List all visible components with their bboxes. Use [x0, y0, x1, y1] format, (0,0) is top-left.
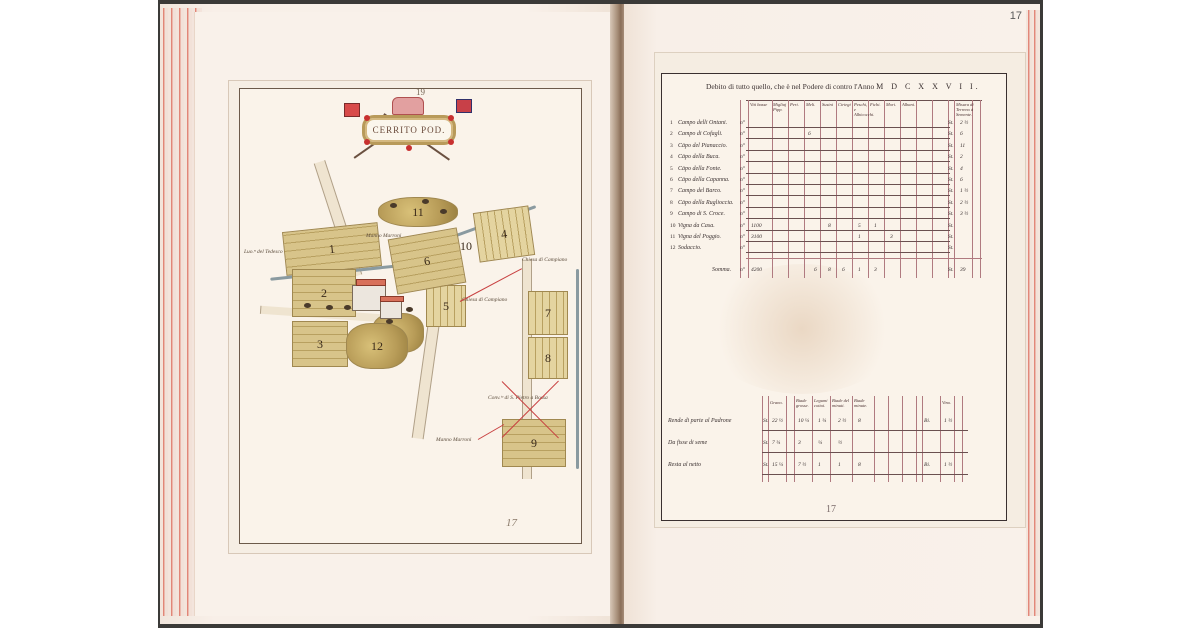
summary-row-rule	[762, 452, 968, 453]
ledger-year: M D C X X V I I.	[876, 82, 981, 91]
summary-unit: St.	[763, 462, 769, 468]
label-chiesa-1: Chiesa di Campiano	[462, 297, 507, 303]
ledger-plate: Debito di tutto quello, che è nel Podere…	[654, 52, 1026, 528]
field-number: 2	[321, 286, 327, 301]
tree-icon	[406, 307, 413, 312]
crown-icon	[392, 97, 424, 115]
grid-line	[980, 100, 981, 278]
column-header: Albani.	[902, 102, 916, 107]
label-chiesa-2: Chiesa di Campiano	[522, 257, 567, 263]
row-field-name: Cāpo della Ruglioccia.	[678, 200, 734, 206]
boundary-line	[478, 424, 504, 440]
row-rule	[746, 138, 950, 139]
cell-misura: 4	[960, 166, 963, 172]
cell-peschi: 5	[858, 223, 861, 229]
summary-column-header: Biade grosse.	[796, 398, 812, 408]
unit-mark: n°	[740, 120, 745, 126]
jewel-ornament	[364, 115, 370, 121]
column-header: Peri.	[790, 102, 804, 107]
row-rule	[746, 184, 950, 185]
map-title: CERRITO POD.	[365, 125, 453, 135]
grid-line	[746, 258, 982, 259]
row-field-name: Campo di S. Croce.	[678, 211, 725, 217]
grid-line	[852, 396, 853, 482]
summary-legumi: 1 ¼	[818, 418, 826, 424]
row-number: 4	[670, 154, 673, 160]
tree-icon	[326, 305, 333, 310]
column-header: Viti basse	[750, 102, 772, 107]
row-rule	[746, 161, 950, 162]
cell-peschi: 1	[858, 234, 861, 240]
summary-row-label: Da fisse di seme	[668, 440, 707, 446]
row-rule	[746, 150, 950, 151]
unit-mark: n°	[740, 177, 745, 183]
unit-mark: n°	[740, 131, 745, 137]
summary-vino: 1 ½	[944, 462, 952, 468]
grid-line	[874, 396, 875, 482]
summary-legumi: 1	[818, 462, 821, 468]
unit-mark-right: St.	[948, 131, 954, 137]
grid-line	[830, 396, 831, 482]
summary-biade-grosse: 10 ¼	[798, 418, 809, 424]
column-header: Susini	[822, 102, 836, 107]
cell-misura: 3 ½	[960, 211, 968, 217]
ledger-frame: Debito di tutto quello, che è nel Podere…	[661, 73, 1007, 521]
field-10-label: 10	[460, 239, 472, 254]
grid-line	[746, 100, 982, 101]
row-number: 7	[670, 188, 673, 194]
field-number: 9	[531, 436, 537, 451]
unit-mark-right: St.	[948, 234, 954, 240]
outbuilding	[380, 301, 402, 319]
unit-mark-right: St.	[948, 120, 954, 126]
column-header: Misura di Terreno à Semente.	[956, 102, 980, 117]
field-5: 5	[426, 285, 466, 327]
title-cartouche: CERRITO POD.	[344, 95, 472, 163]
grid-line	[768, 396, 769, 482]
grid-line	[972, 100, 973, 278]
unit-mark: n°	[740, 267, 745, 273]
unit-mark-right: St.	[948, 200, 954, 206]
grid-line	[794, 396, 795, 482]
summary-column-header: Legumi cottoi.	[814, 398, 830, 408]
row-number: 1	[670, 120, 673, 126]
unit-mark: n°	[740, 234, 745, 240]
summary-grano: 22 ½	[772, 418, 783, 424]
row-field-name: Campo delli Ontani.	[678, 120, 727, 126]
summary-unit: St.	[763, 418, 769, 424]
total-viti: 4200	[751, 267, 762, 273]
ledger-title: Debito di tutto quello, che è nel Podere…	[706, 82, 981, 91]
field-number: 12	[371, 339, 383, 354]
cartouche-frame: CERRITO POD.	[362, 115, 456, 145]
row-number: 10	[670, 223, 676, 229]
summary-biade-minute: 8	[858, 462, 861, 468]
outbuilding-roof	[380, 296, 404, 302]
unit-mark-right: St.	[948, 188, 954, 194]
tree-icon	[386, 319, 393, 324]
field-number: 6	[423, 253, 432, 269]
unit-mark: n°	[740, 188, 745, 194]
cell-misura: 2	[960, 154, 963, 160]
total-ciriegi: 6	[842, 267, 845, 273]
field-number: 11	[412, 205, 424, 220]
label-manno-top: Manno Marroni	[366, 233, 401, 239]
estate-map: 19 CERRITO POD.	[239, 88, 582, 544]
paper-stain	[702, 264, 902, 394]
unit-mark-right: St.	[948, 245, 954, 251]
unit-mark: n°	[740, 154, 745, 160]
jewel-ornament	[448, 139, 454, 145]
label-manno-bottom: Manno Marroni	[436, 437, 471, 443]
grid-line	[812, 396, 813, 482]
summary-unit: St.	[763, 440, 769, 446]
ledger-title-text: Debito di tutto quello, che è nel Podere…	[706, 82, 874, 91]
unit-mark-right: St.	[948, 211, 954, 217]
total-peschi: 1	[858, 267, 861, 273]
row-field-name: Campo del Barco.	[678, 188, 722, 194]
unit-mark-right: St.	[948, 267, 954, 273]
total-label: Somma.	[712, 267, 731, 273]
cell-mori: 3	[890, 234, 893, 240]
row-number: 9	[670, 211, 673, 217]
grid-line	[922, 396, 923, 482]
summary-row-label: Resta al netto	[668, 462, 701, 468]
row-rule	[746, 127, 950, 128]
unit-mark-right: St.	[948, 177, 954, 183]
row-rule	[746, 241, 950, 242]
cell-misura: 2 ½	[960, 120, 968, 126]
unit-mark-right: St.	[948, 154, 954, 160]
unit-mark: n°	[740, 245, 745, 251]
column-header: Migliaj Pipp.	[773, 102, 788, 112]
summary-biade-minuti: ½	[838, 440, 842, 446]
cell-misura: 2 ½	[960, 200, 968, 206]
unit-mark-right: St.	[948, 223, 954, 229]
row-field-name: Vigna da Casa.	[678, 223, 715, 229]
summary-biade-grosse: 7 ½	[798, 462, 806, 468]
page-number-corner: 17	[1010, 10, 1022, 22]
open-book: 19 CERRITO POD.	[158, 0, 1043, 628]
column-header: Meli.	[806, 102, 820, 107]
cell-misura: 11	[960, 143, 965, 149]
summary-column-header: Biade del minuti.	[832, 398, 852, 408]
unit-mark-right: St.	[948, 143, 954, 149]
farmhouse-roof	[356, 279, 386, 286]
summary-grano: 7 ¼	[772, 440, 780, 446]
summary-row-label: Rende di parte al Padrone	[668, 418, 731, 424]
summary-biade-minuti: 1	[838, 462, 841, 468]
grid-line	[954, 100, 955, 278]
summary-vino-unit: Bi.	[924, 418, 930, 424]
total-misura: 39	[960, 267, 966, 273]
field-3: 3	[292, 321, 348, 367]
left-page: 19 CERRITO POD.	[160, 4, 618, 624]
cell-fichi: 1	[874, 223, 877, 229]
field-number: 8	[545, 351, 551, 366]
summary-column-header: Biade minute.	[854, 398, 874, 408]
grid-line	[916, 396, 917, 482]
row-number: 3	[670, 143, 673, 149]
summary-legumi: ¼	[818, 440, 822, 446]
field-8: 8	[528, 337, 568, 379]
tree-icon	[422, 199, 429, 204]
row-rule	[746, 173, 950, 174]
summary-row-rule	[762, 474, 968, 475]
unit-mark: n°	[740, 211, 745, 217]
cell-susini: 8	[828, 223, 831, 229]
row-rule	[746, 218, 950, 219]
row-field-name: Campo di Cofagli.	[678, 131, 723, 137]
unit-mark: n°	[740, 223, 745, 229]
page-edges-right	[1026, 10, 1040, 616]
tree-icon	[304, 303, 311, 308]
right-page: 17 Debito di tutto quello, che è nel Pod…	[624, 4, 1040, 624]
field-number: 5	[443, 299, 449, 314]
unit-mark: n°	[740, 200, 745, 206]
cell-misura: 6	[960, 131, 963, 137]
row-rule	[746, 195, 950, 196]
row-field-name: Cāpo della Buca.	[678, 154, 720, 160]
summary-grano: 15 ¼	[772, 462, 783, 468]
row-number: 8	[670, 200, 673, 206]
row-number: 6	[670, 177, 673, 183]
total-susini: 8	[828, 267, 831, 273]
total-fichi: 3	[874, 267, 877, 273]
row-rule	[746, 230, 950, 231]
grid-line	[888, 396, 889, 482]
tree-icon	[390, 203, 397, 208]
folio-number-bottom: 17	[506, 517, 517, 529]
row-field-name: Vigna del Poggio.	[678, 234, 721, 240]
grid-line	[902, 396, 903, 482]
stream	[576, 269, 579, 469]
summary-vino-unit: Bi.	[924, 462, 930, 468]
total-meli: 6	[814, 267, 817, 273]
grid-line	[762, 396, 763, 482]
row-rule	[746, 207, 950, 208]
summary-biade-minute: 8	[858, 418, 861, 424]
field-number: 7	[545, 306, 551, 321]
row-field-name: Sodaccio.	[678, 245, 702, 251]
field-number: 4	[500, 226, 508, 242]
row-number: 11	[670, 234, 675, 240]
tree-icon	[440, 209, 447, 214]
banner-flag-icon	[456, 99, 472, 113]
unit-mark-right: St.	[948, 166, 954, 172]
summary-column-header: Vino.	[942, 400, 958, 405]
map-plate: 19 CERRITO POD.	[228, 80, 592, 554]
grid-line	[954, 396, 955, 482]
row-rule	[746, 252, 950, 253]
banner-flag-icon	[344, 103, 360, 117]
summary-column-header: Grano.	[770, 400, 786, 405]
row-field-name: Cāpo della Fonte.	[678, 166, 722, 172]
row-field-name: Cāpo della Capanna.	[678, 177, 730, 183]
unit-mark: n°	[740, 166, 745, 172]
cell-misura: 6	[960, 177, 963, 183]
jewel-ornament	[406, 145, 412, 151]
column-header: Fichi.	[870, 102, 884, 107]
field-4: 4	[473, 205, 535, 262]
cell-viti: 3100	[751, 234, 762, 240]
jewel-ornament	[364, 139, 370, 145]
column-header: Peschi, e Albicocchi.	[854, 102, 868, 117]
cell-viti: 1100	[751, 223, 762, 229]
jewel-ornament	[448, 115, 454, 121]
unit-mark: n°	[740, 143, 745, 149]
field-12-wood: 12	[346, 323, 408, 369]
cell-meli: 6	[808, 131, 811, 137]
row-number: 5	[670, 166, 673, 172]
summary-biade-grosse: 3	[798, 440, 801, 446]
label-tedesco: Luo.ⁿ del Tedesco	[244, 249, 283, 255]
field-number: 3	[317, 337, 323, 352]
summary-row-rule	[762, 430, 968, 431]
column-header: Mori.	[886, 102, 900, 107]
grid-line	[940, 396, 941, 482]
folio-number-bottom-right: 17	[826, 504, 836, 515]
field-7: 7	[528, 291, 568, 335]
column-header: Ciriegi	[838, 102, 852, 107]
grid-line	[962, 396, 963, 482]
row-number: 12	[670, 245, 676, 251]
row-field-name: Cāpo del Pianaccio.	[678, 143, 727, 149]
summary-biade-minuti: 2 ½	[838, 418, 846, 424]
row-number: 2	[670, 131, 673, 137]
grid-line	[786, 396, 787, 482]
cell-misura: 1 ½	[960, 188, 968, 194]
tree-icon	[344, 305, 351, 310]
summary-vino: 1 ½	[944, 418, 952, 424]
field-number: 1	[328, 241, 336, 257]
